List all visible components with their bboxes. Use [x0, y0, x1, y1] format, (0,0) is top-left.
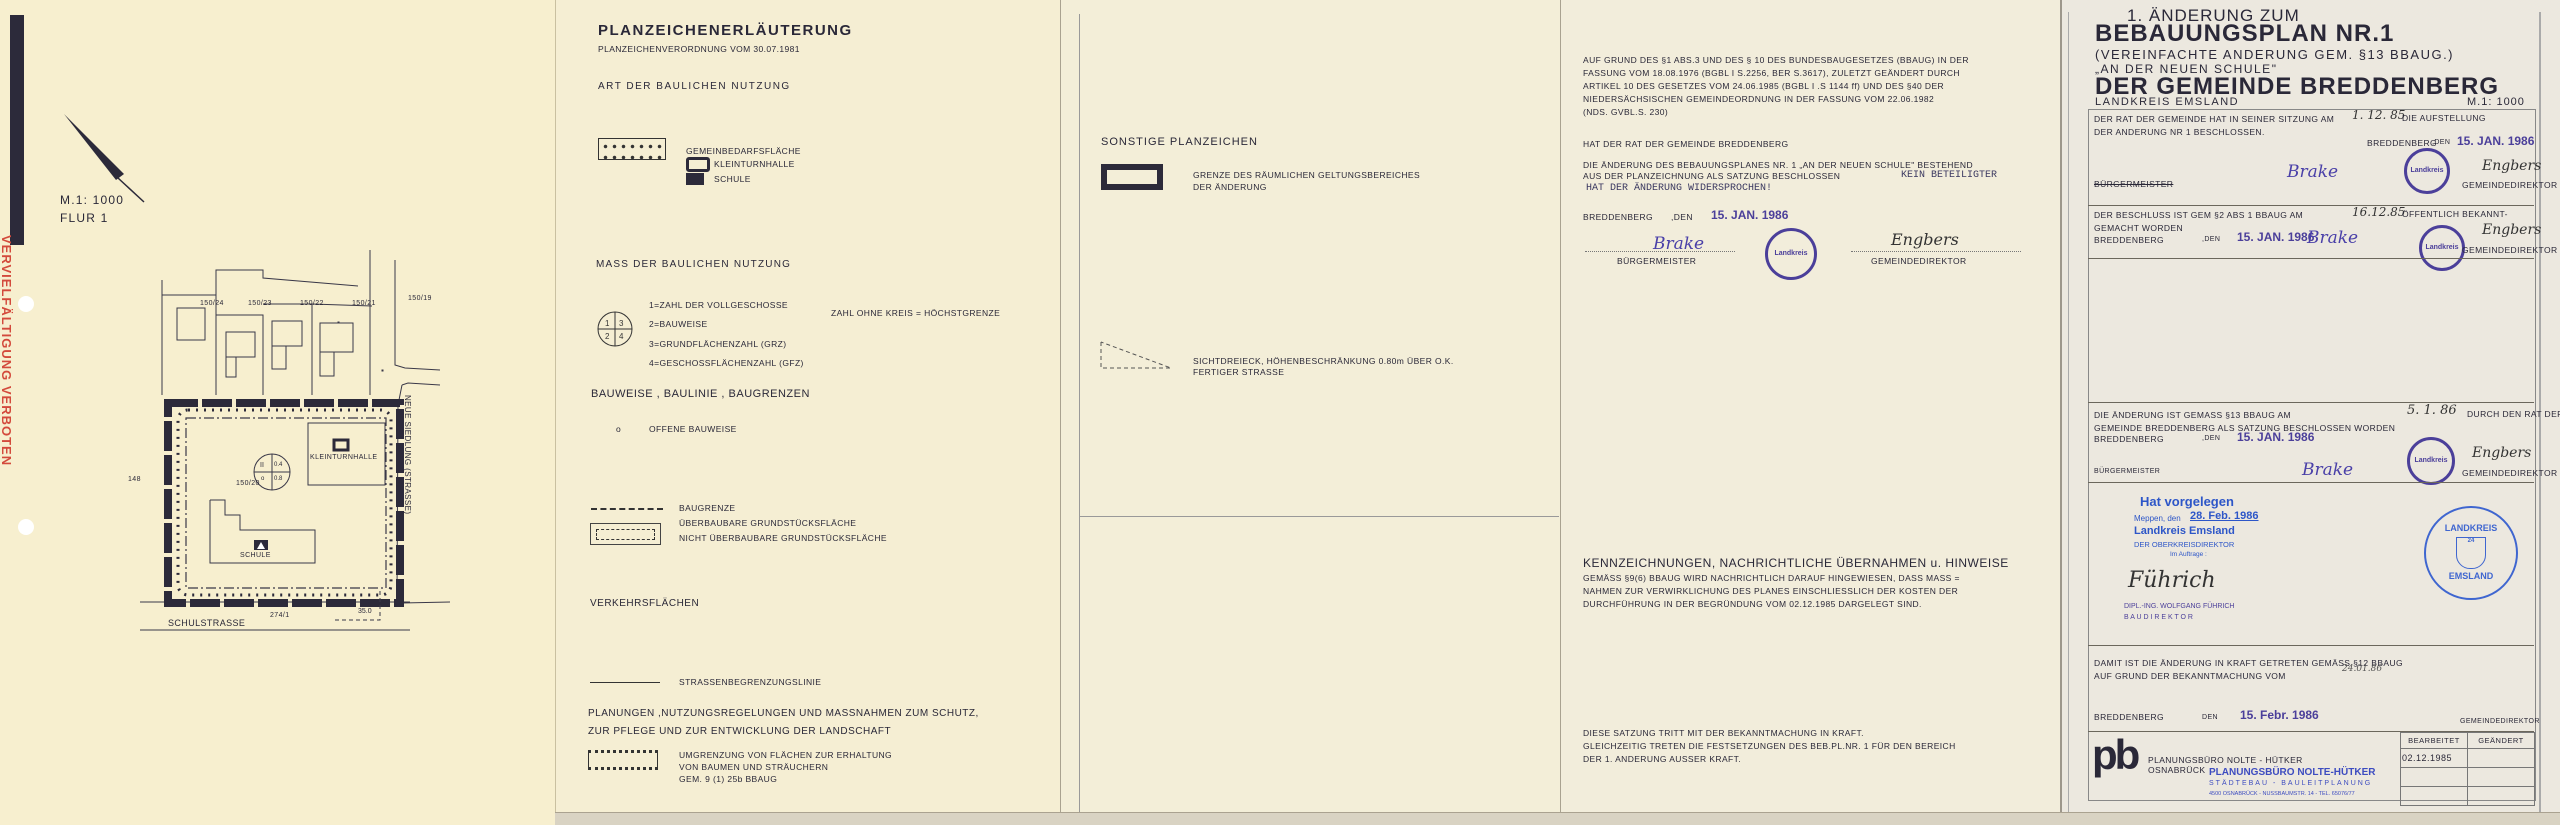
fold-line [1079, 516, 1559, 517]
rat-line: HAT DER RAT DER GEMEINDE BREDDENBERG [1583, 139, 1789, 149]
municipal-seal: Landkreis [2419, 225, 2465, 271]
map-scale: M.1: 1000 [60, 193, 124, 207]
binding-strip [10, 15, 24, 245]
parcel-label: 150/21 [352, 300, 376, 307]
parcel-label: 148 [128, 476, 141, 483]
beschluss-line: AUS DER PLANZEICHNUNG ALS SATZUNG BESCHL… [1583, 171, 1840, 181]
place: BREDDENBERG [2094, 712, 2164, 722]
coat-of-arms-icon: 24 [2456, 537, 2486, 569]
parcel-label: 150/24 [200, 300, 224, 307]
vorgelegen-oberkreis: DER OBERKREISDIREKTOR [2134, 540, 2234, 549]
umgrenzung-label: VON BAUMEN UND STRÄUCHERN [679, 762, 828, 772]
place: BREDDENBERG [2094, 434, 2164, 444]
inkraft-text: DIESE SATZUNG TRITT MIT DER BEKANNTMACHU… [1583, 727, 1956, 766]
parcel-label: 150/20 [236, 480, 260, 487]
parcel-label: 150/23 [248, 300, 272, 307]
office-city: OSNABRÜCK [2148, 765, 2205, 775]
vorgelegen-landkreis: Landkreis Emsland [2134, 525, 2235, 537]
hand-date: 5. 1. 86 [2407, 403, 2457, 418]
district-seal: LANDKREIS 24 EMSLAND [2424, 506, 2518, 600]
block2-text-end: ÖFFENTLICH BEKANNT- [2402, 209, 2508, 219]
sicht-label: FERTIGER STRASSE [1193, 367, 1284, 377]
mass-note: ZAHL OHNE KREIS = HÖCHSTGRENZE [831, 308, 1000, 318]
date-stamp: 15. JAN. 1986 [2237, 230, 2314, 244]
nutzung-value: 0.8 [274, 476, 282, 482]
offene-label: OFFENE BAUWEISE [649, 424, 737, 434]
pb-logo: pb [2092, 731, 2137, 779]
svg-text:1: 1 [605, 319, 610, 328]
table-row: 02.12.1985 [2401, 749, 2535, 768]
place: BREDDENBERG [2367, 138, 2437, 148]
vorgelegen-date: 28. Feb. 1986 [2190, 510, 2259, 522]
block1-text: DER RAT DER GEMEINDE HAT IN SEINER SITZU… [2094, 113, 2334, 139]
punch-hole [18, 296, 34, 312]
signature-director: Engbers [2482, 158, 2541, 174]
parcel-label: 274/1 [270, 612, 290, 619]
svg-text:2: 2 [605, 332, 610, 341]
hand-date: 16.12.85 [2352, 205, 2405, 219]
divider [2088, 258, 2534, 259]
grenze-label: DER ÄNDERUNG [1193, 182, 1267, 192]
title-line3: (VEREINFACHTE ANDERUNG GEM. §13 BBAUG.) [2095, 47, 2454, 62]
mass-item: 2=BAUWEISE [649, 319, 708, 329]
punch-hole [18, 519, 34, 535]
table-header: GEÄNDERT [2468, 733, 2535, 749]
title-line6: LANDKREIS EMSLAND [2095, 96, 2239, 108]
label-director: GEMEINDEDIREKTOR [1871, 256, 1967, 266]
date-stamp: 15. JAN. 1986 [2237, 430, 2314, 444]
mass-item: 4=GESCHOSSFLÄCHENZAHL (GFZ) [649, 358, 804, 368]
place: BREDDENBERG [2094, 235, 2164, 245]
sichtdreieck-icon [1099, 340, 1174, 372]
legend-panel: PLANZEICHENERLÄUTERUNG PLANZEICHENVERORD… [555, 0, 1060, 825]
mass-item: 1=ZAHL DER VOLLGESCHOSSE [649, 300, 788, 310]
legend-title: PLANZEICHENERLÄUTERUNG [598, 22, 853, 39]
umgrenzung-label: GEM. 9 (1) 25b BBAUG [679, 774, 777, 784]
nutzung-value: o [261, 476, 264, 482]
signature-director: Engbers [2472, 445, 2531, 461]
street-label-south: SCHULSTRASSE [168, 618, 245, 628]
label-director: GEMEINDEDIREKTOR [2462, 468, 2558, 478]
section-verkehr: VERKEHRSFLÄCHEN [590, 598, 699, 609]
signature-official: Führich [2128, 568, 2216, 593]
nicht-ueberbaubar-label: NICHT ÜBERBAUBARE GRUNDSTÜCKSFLÄCHE [679, 533, 887, 543]
official-title: B A U D I R E K T O R [2124, 614, 2193, 621]
label-director: GEMEINDEDIREKTOR [2462, 180, 2558, 190]
office-stamp: PLANUNGSBÜRO NOLTE-HÜTKER [2209, 767, 2375, 778]
other-symbols-panel: SONSTIGE PLANZEICHEN GRENZE DES RÄUMLICH… [1060, 0, 1560, 825]
copy-prohibited-stamp: VERVIELFÄLTIGUNG VERBOTEN [0, 235, 14, 466]
umgrenzung-symbol [588, 750, 658, 770]
beschluss-line: DIE ÄNDERUNG DES BEBAUUNGSPLANES NR. 1 „… [1583, 160, 1973, 170]
nutzung-value: II [260, 462, 264, 469]
vorgelegen-meppen: Meppen, den [2134, 514, 2181, 523]
den: ,DEN [2432, 139, 2450, 146]
hand-date: 1. 12. 85 [2352, 108, 2405, 122]
signature-mayor: Brake [2302, 460, 2353, 480]
sonstige-title: SONSTIGE PLANZEICHEN [1101, 136, 1258, 148]
grenze-label: GRENZE DES RÄUMLICHEN GELTUNGSBEREICHES [1193, 170, 1420, 180]
offene-symbol: o [616, 424, 621, 434]
date-hand: 15. Febr. 1986 [2240, 708, 2319, 722]
vorgelegen-auftrag: Im Auftrage : [2170, 551, 2207, 558]
label-mayor: BÜRGERMEISTER [1617, 256, 1696, 266]
official-name: DIPL.-ING. WOLFGANG FÜHRICH [2124, 603, 2234, 610]
section-landschaft: ZUR PFLEGE UND ZUR ENTWICKLUNG DER LANDS… [588, 726, 891, 737]
revision-table: BEARBEITET GEÄNDERT 02.12.1985 [2400, 732, 2535, 806]
hand-date: 24.01.86 [2342, 664, 2382, 674]
legend-item: SCHULE [714, 174, 751, 184]
place: BREDDENBERG [1583, 212, 1653, 222]
table-row [2401, 787, 2535, 806]
divider [2088, 645, 2534, 646]
title-block-panel: 1. ÄNDERUNG ZUM BEBAUUNGSPLAN NR.1 (VERE… [2060, 0, 2560, 825]
den: ,DEN [1671, 212, 1693, 222]
label-director: GEMEINDEDIREKTOR [2460, 718, 2540, 725]
table-header: BEARBEITET [2401, 733, 2468, 749]
school-symbol [686, 173, 704, 185]
table-row [2401, 768, 2535, 787]
date-stamp: 15. JAN. 1986 [2457, 134, 2534, 148]
parcel-label: 150/19 [408, 295, 432, 302]
preamble: AUF GRUND DES §1 ABS.3 UND DES § 10 DES … [1583, 54, 1969, 119]
grenze-symbol [1101, 164, 1163, 190]
signature-line [1585, 251, 1735, 252]
title-scale: M.1: 1000 [2467, 96, 2525, 108]
block1-text-end: DIE AUFSTELLUNG [2402, 113, 2486, 123]
divider [2088, 205, 2534, 206]
legend-subtitle: PLANZEICHENVERORDNUNG VOM 30.07.1981 [598, 44, 800, 54]
municipal-seal: Landkreis [1765, 228, 1817, 280]
divider [2088, 402, 2534, 403]
svg-text:3: 3 [619, 319, 624, 328]
label-mayor: BÜRGERMEISTER [2094, 468, 2160, 475]
signature-mayor: Brake [2307, 228, 2358, 248]
kennz-text: GEMÄSS §9(6) BBAUG WIRD NACHRICHTLICH DA… [1583, 572, 1960, 611]
grundstueck-symbol [590, 523, 661, 545]
nutzung-value: 0.4 [274, 462, 282, 468]
section-bauweise: BAUWEISE , BAULINIE , BAUGRENZEN [591, 388, 810, 400]
block3-text-end: DURCH DEN RAT DER [2467, 409, 2560, 419]
section-mass: MASS DER BAULICHEN NUTZUNG [596, 259, 791, 270]
kennz-title: KENNZEICHNUNGEN, NACHRICHTLICHE ÜBERNAHM… [1583, 556, 2009, 570]
typed-note: KEIN BETEILIGTER [1901, 170, 1997, 181]
dimension-label: 35.0 [358, 608, 372, 615]
signature-line [1851, 251, 2021, 252]
baugrenze-label: BAUGRENZE [679, 503, 736, 513]
signature-director: Engbers [1891, 230, 1959, 249]
map-flur: FLUR 1 [60, 211, 109, 225]
den: ,DEN [2202, 236, 2220, 243]
municipal-seal: Landkreis [2407, 437, 2455, 485]
office-stamp: STÄDTEBAU - BAULEITPLANUNG [2209, 780, 2372, 787]
sicht-label: SICHTDREIECK, HÖHENBESCHRÄNKUNG 0.80m ÜB… [1193, 356, 1454, 366]
strassen-symbol [590, 682, 660, 683]
typed-note: HAT DER ÄNDERUNG WIDERSPROCHEN! [1586, 183, 1772, 194]
nutzung-schema-icon: 13 24 [596, 310, 636, 350]
divider [2088, 482, 2534, 483]
section-landschaft: PLANUNGEN ,NUTZUNGSREGELUNGEN UND MASSNA… [588, 708, 979, 719]
office-stamp: 4500 OSNABRÜCK - NUSSBAUMSTR. 14 - TEL. … [2209, 791, 2355, 797]
legend-item: GEMEINBEDARFSFLÄCHE [686, 146, 801, 156]
legend-item: KLEINTURNHALLE [714, 159, 795, 169]
label-director: GEMEINDEDIREKTOR [2462, 245, 2558, 255]
strassen-label: STRASSENBEGRENZUNGSLINIE [679, 677, 821, 687]
section-art: ART DER BAULICHEN NUTZUNG [598, 81, 791, 92]
parcel-label: 150/22 [300, 300, 324, 307]
vorgelegen-title: Hat vorgelegen [2140, 494, 2234, 509]
building-label-gym: KLEINTURNHALLE [310, 454, 377, 461]
title-line2: BEBAUUNGSPLAN NR.1 [2095, 20, 2394, 48]
office-name: PLANUNGSBÜRO NOLTE - HÜTKER [2148, 755, 2303, 765]
svg-text:4: 4 [619, 332, 624, 341]
den: DEN [2202, 714, 2218, 721]
baugrenze-symbol [591, 508, 663, 510]
umgrenzung-label: UMGRENZUNG VON FLÄCHEN ZUR ERHALTUNG [679, 750, 892, 760]
building-label-school: SCHULE [240, 552, 271, 559]
gemeinbedarf-symbol [598, 138, 666, 160]
den: ,DEN [2202, 435, 2220, 442]
map-panel: VERVIELFÄLTIGUNG VERBOTEN M.1: 1000 FLUR… [0, 0, 555, 825]
signature-mayor: Brake [2287, 162, 2338, 182]
municipal-seal: Landkreis [2404, 148, 2450, 194]
signature-director: Engbers [2482, 222, 2541, 238]
satzung-panel: AUF GRUND DES §1 ABS.3 UND DES § 10 DES … [1560, 0, 2060, 825]
street-label-east: NEUE SIEDLUNG (STRASSE) [403, 395, 412, 514]
fold-line [1079, 14, 1080, 814]
ueberbaubar-label: ÜBERBAUBARE GRUNDSTÜCKSFLÄCHE [679, 518, 856, 528]
mass-item: 3=GRUNDFLÄCHENZAHL (GRZ) [649, 339, 787, 349]
label-mayor: BÜRGERMEISTER [2094, 179, 2173, 189]
date-stamp: 15. JAN. 1986 [1711, 208, 1788, 222]
fold-bottom-edge [555, 812, 2560, 825]
gym-symbol [686, 157, 710, 172]
